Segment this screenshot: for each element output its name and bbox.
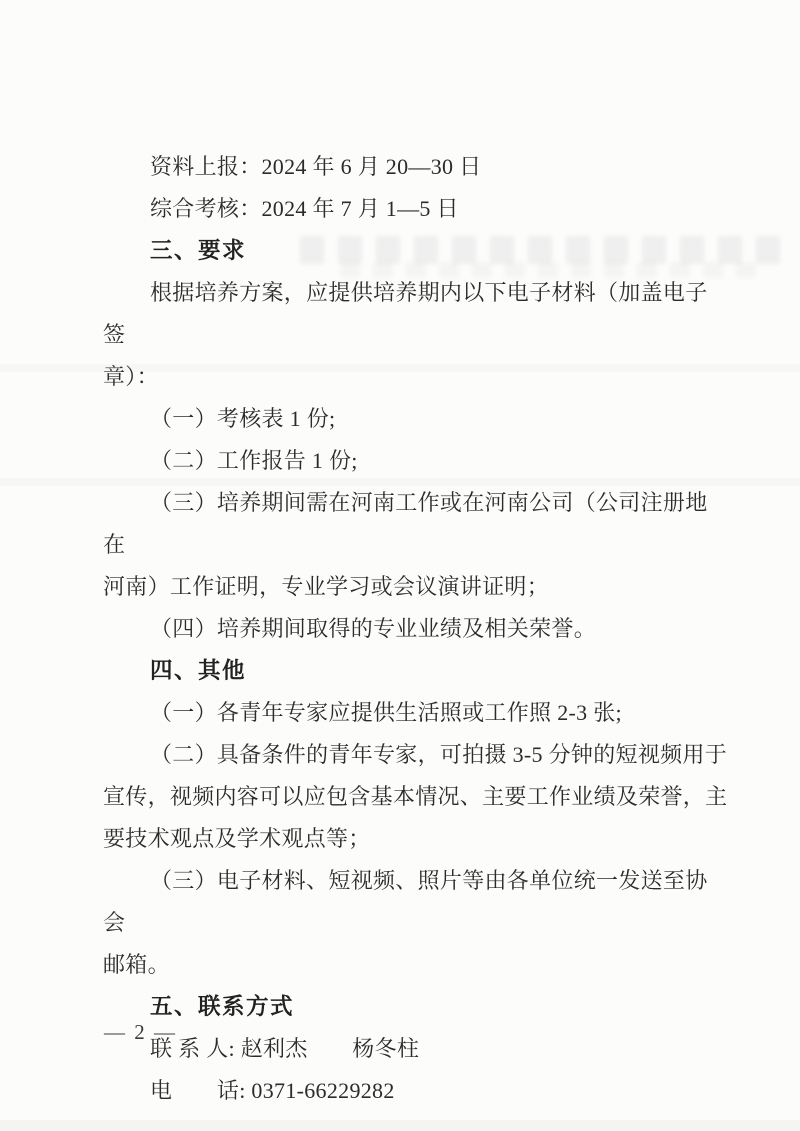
schedule-line-comprehensive-assessment: 综合考核：2024 年 7 月 1—5 日 bbox=[103, 188, 728, 230]
list-item-achievements: （四）培养期间取得的专业业绩及相关荣誉。 bbox=[103, 608, 728, 650]
list-item-email-delivery-1: （三）电子材料、短视频、照片等由各单位统一发送至协会 bbox=[103, 860, 728, 944]
list-item-video-3: 要技术观点及学术观点等； bbox=[103, 818, 728, 860]
contact-phone-line: 电 话: 0371-66229282 bbox=[103, 1070, 728, 1112]
document-body: 资料上报：2024 年 6 月 20—30 日 综合考核：2024 年 7 月 … bbox=[103, 146, 728, 1112]
paragraph-requirements-intro-1: 根据培养方案，应提供培养期内以下电子材料（加盖电子签 bbox=[103, 272, 728, 356]
list-item-assessment-form: （一）考核表 1 份; bbox=[103, 398, 728, 440]
contact-persons-line: 联 系 人: 赵利杰 杨冬柱 bbox=[103, 1028, 728, 1070]
scanned-document-page: 资料上报：2024 年 6 月 20—30 日 综合考核：2024 年 7 月 … bbox=[0, 0, 800, 1131]
list-item-video-1: （二）具备条件的青年专家，可拍摄 3-5 分钟的短视频用于 bbox=[103, 734, 728, 776]
schedule-line-material-submission: 资料上报：2024 年 6 月 20—30 日 bbox=[103, 146, 728, 188]
page-number: — 2 — bbox=[104, 1020, 177, 1044]
list-item-work-certificate-2: 河南）工作证明，专业学习或会议演讲证明； bbox=[103, 566, 728, 608]
section-heading-contact: 五、联系方式 bbox=[103, 986, 728, 1028]
list-item-email-delivery-2: 邮箱。 bbox=[103, 944, 728, 986]
list-item-photos: （一）各青年专家应提供生活照或工作照 2-3 张; bbox=[103, 692, 728, 734]
list-item-video-2: 宣传，视频内容可以应包含基本情况、主要工作业绩及荣誉，主 bbox=[103, 776, 728, 818]
section-heading-others: 四、其他 bbox=[103, 650, 728, 692]
list-item-work-report: （二）工作报告 1 份; bbox=[103, 440, 728, 482]
scan-streak bbox=[0, 1120, 800, 1131]
section-heading-requirements: 三、要求 bbox=[103, 230, 728, 272]
paragraph-requirements-intro-2: 章）： bbox=[103, 356, 728, 398]
list-item-work-certificate-1: （三）培养期间需在河南工作或在河南公司（公司注册地在 bbox=[103, 482, 728, 566]
